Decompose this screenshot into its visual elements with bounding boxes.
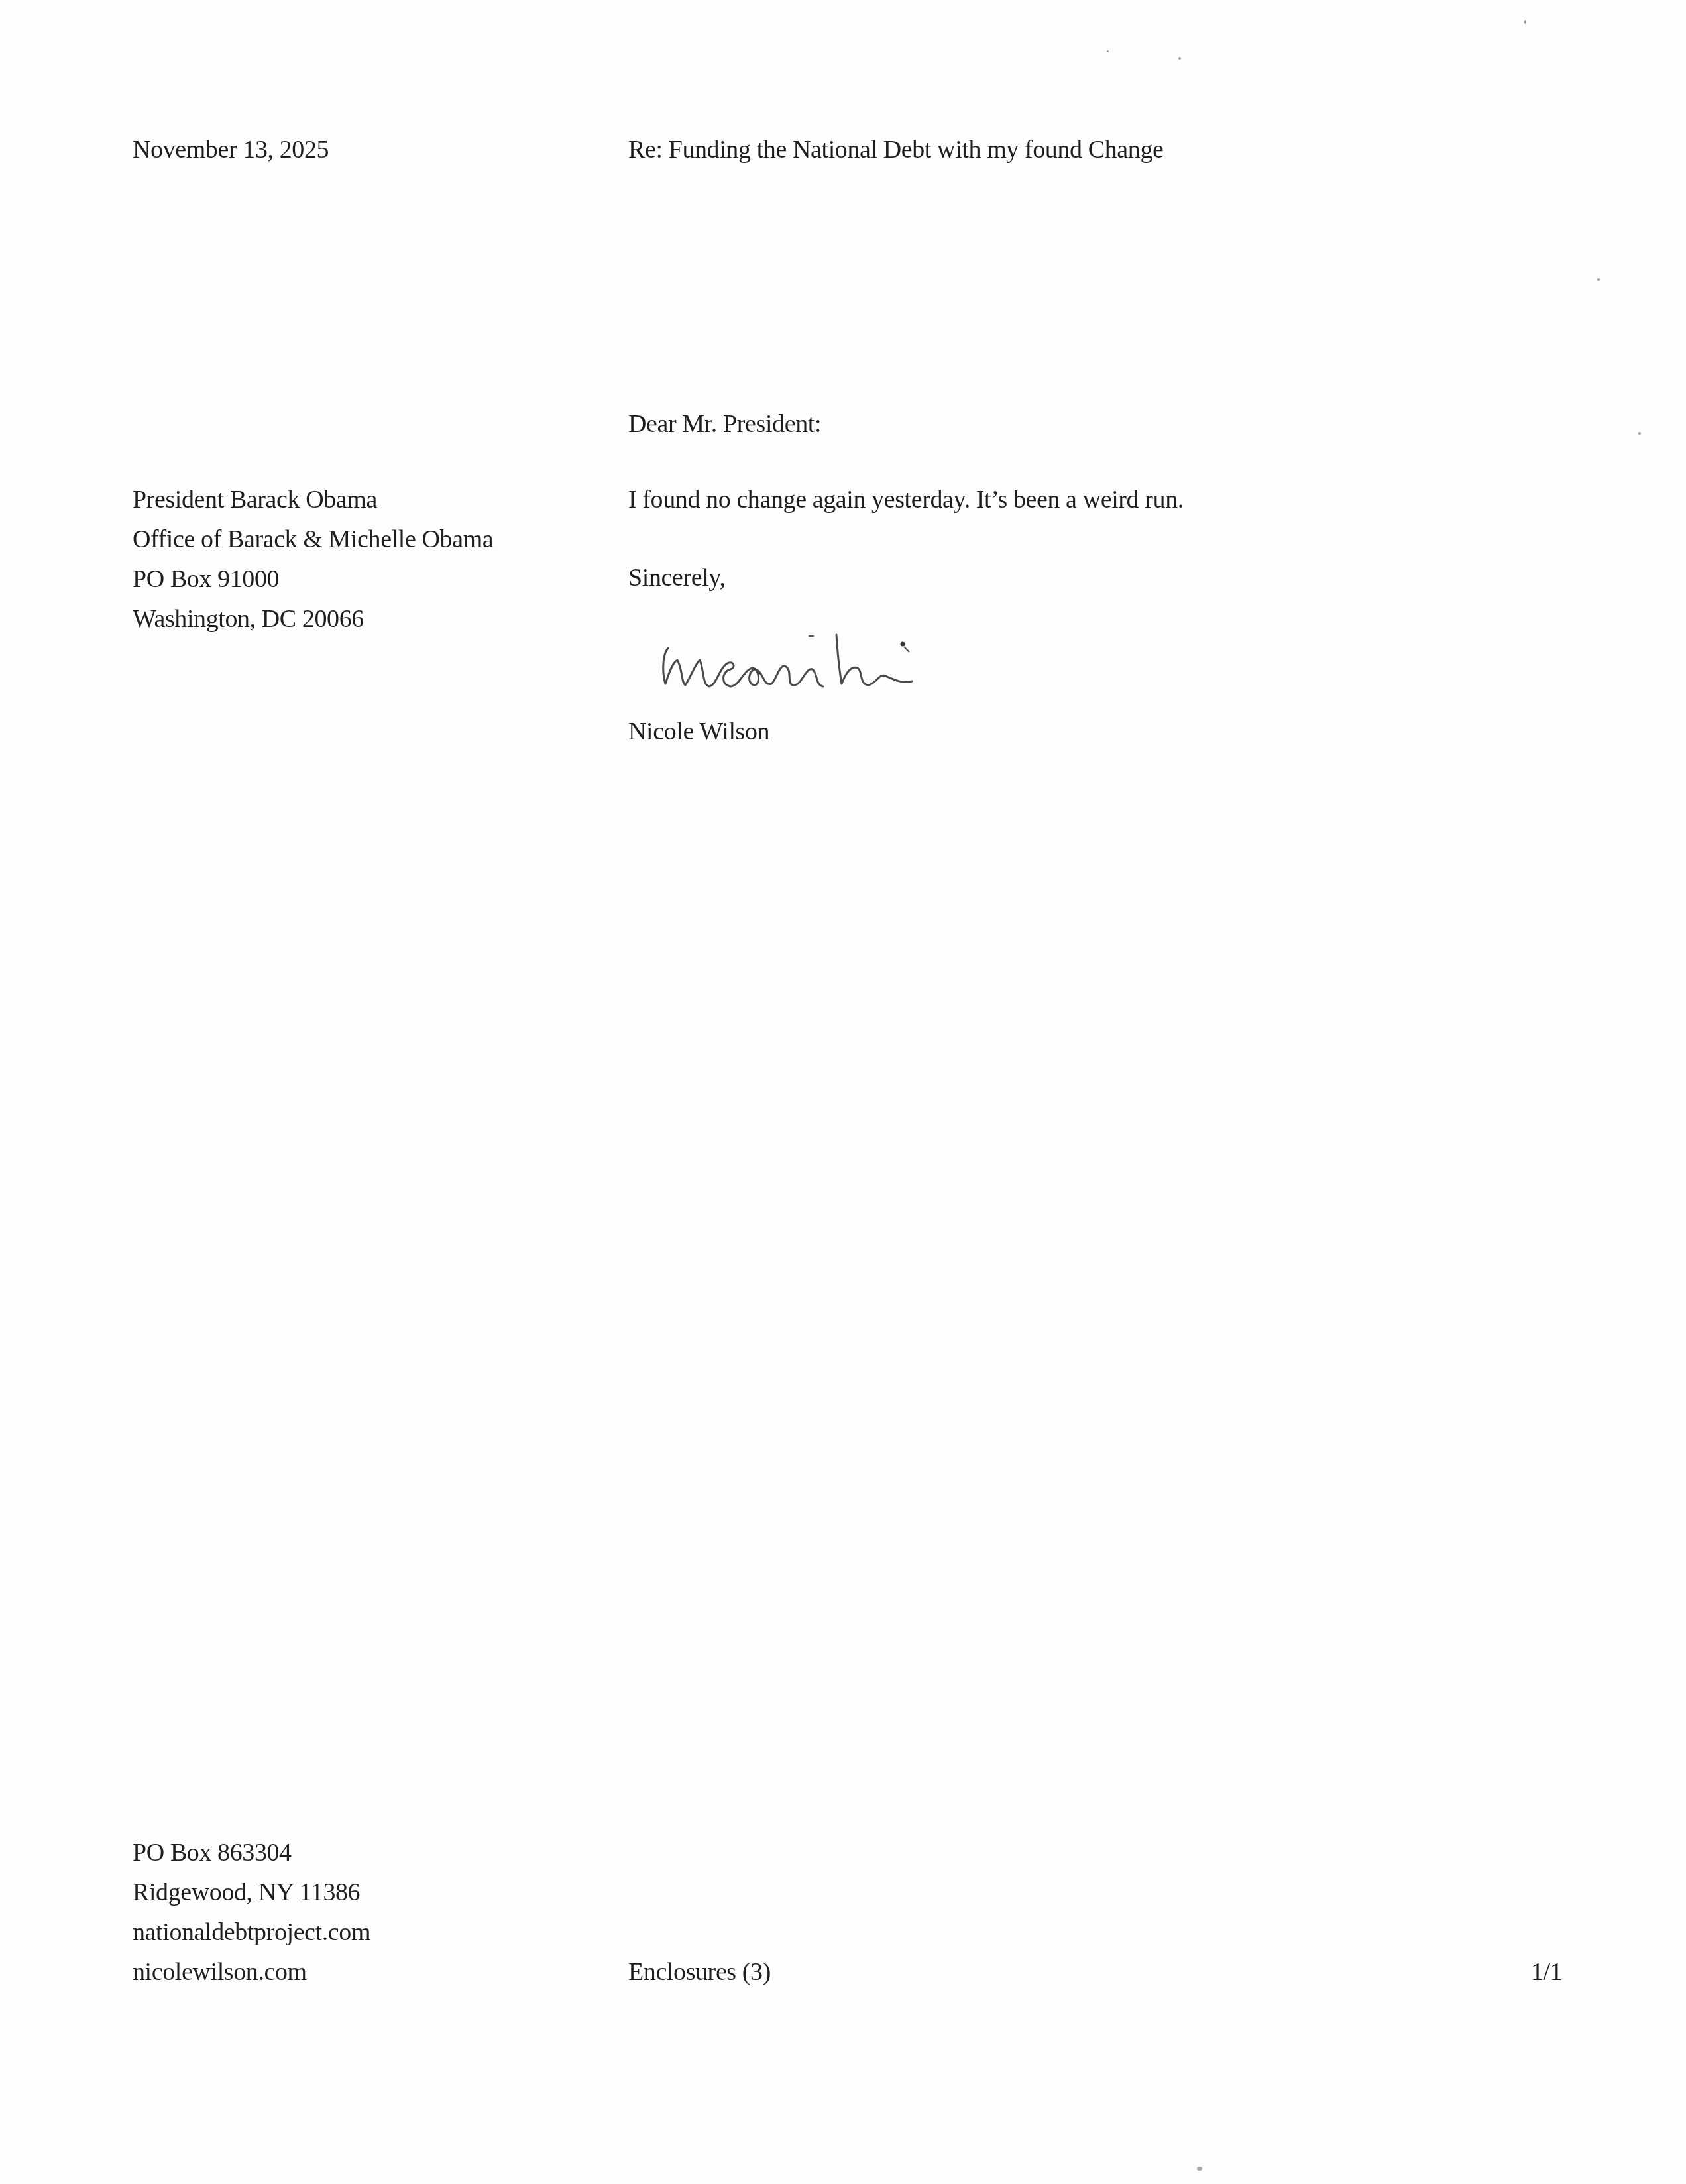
recipient-line: Office of Barack & Michelle Obama <box>133 519 493 559</box>
sender-line: nationaldebtproject.com <box>133 1912 370 1952</box>
closing: Sincerely, <box>628 558 726 598</box>
scan-speck <box>1107 50 1109 52</box>
sender-line: Ridgewood, NY 11386 <box>133 1873 370 1912</box>
enclosures-note: Enclosures (3) <box>628 1952 771 1992</box>
handwritten-signature <box>656 629 974 709</box>
page-number: 1/1 <box>1531 1952 1562 1992</box>
sender-address: PO Box 863304 Ridgewood, NY 11386 nation… <box>133 1833 370 1992</box>
scan-speck <box>1197 2167 1202 2171</box>
letter-body: I found no change again yesterday. It’s … <box>628 480 1184 519</box>
recipient-line: President Barack Obama <box>133 480 493 519</box>
signature-name: Nicole Wilson <box>628 712 769 751</box>
recipient-line: PO Box 91000 <box>133 559 493 599</box>
scan-speck <box>1524 20 1526 24</box>
letter-page: November 13, 2025 Re: Funding the Nation… <box>0 0 1686 2184</box>
scan-speck <box>1638 432 1641 435</box>
scan-speck <box>1178 57 1181 60</box>
letter-subject: Re: Funding the National Debt with my fo… <box>628 130 1163 170</box>
recipient-line: Washington, DC 20066 <box>133 599 493 639</box>
sender-line: nicolewilson.com <box>133 1952 370 1992</box>
salutation: Dear Mr. President: <box>628 404 821 444</box>
scan-speck <box>1597 278 1600 281</box>
sender-line: PO Box 863304 <box>133 1833 370 1873</box>
recipient-address: President Barack Obama Office of Barack … <box>133 480 493 639</box>
letter-date: November 13, 2025 <box>133 130 329 170</box>
